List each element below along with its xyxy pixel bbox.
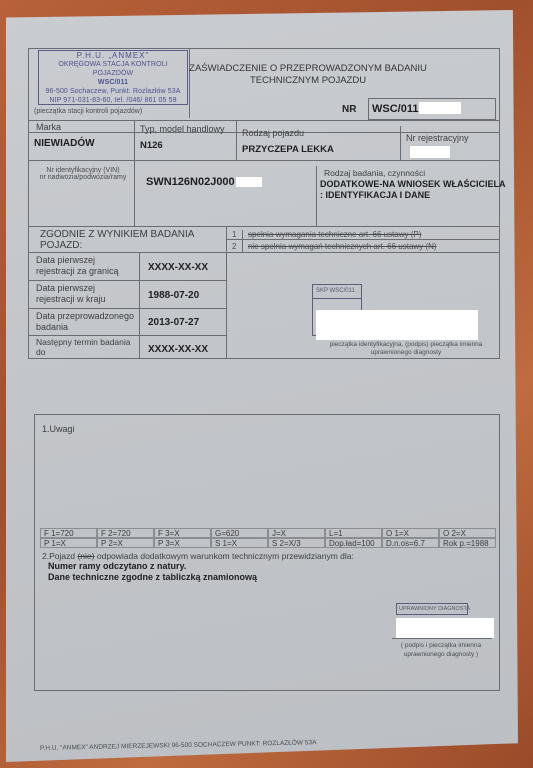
vin-label: Nr identyfikacyjny (VIN) nr nadwozia/pod…: [38, 167, 128, 181]
authorized-stamp-label: UPRAWNIONY DIAGNOSTA: [399, 606, 470, 612]
stamp-company: P.H.U. „ANMEX": [39, 51, 187, 60]
redacted-vin: [236, 177, 262, 187]
number-value: WSC/011: [372, 103, 418, 115]
redacted-registration: [410, 146, 450, 158]
date-label-line: Następny termin badania: [36, 337, 131, 347]
redacted-number: [419, 102, 461, 114]
date-label-line: Data pierwszej: [36, 255, 119, 266]
statement-struck: (nie): [77, 551, 94, 561]
measurement-cell: F 1=720: [40, 528, 97, 538]
measurement-cell: P 2=X: [97, 538, 154, 548]
measurement-cell: P 1=X: [40, 538, 97, 548]
remarks-note-1: Numer ramy odczytano z natury.: [48, 561, 186, 571]
inspection-type-line-2: : IDENTYFIKACJA I DANE: [320, 190, 505, 201]
vin-value: SWN126N02J000: [146, 176, 235, 188]
result-option-2-num: 2: [232, 242, 236, 251]
title-line-1: ZAŚWIADCZENIE O PRZEPROWADZONYM BADANIU: [178, 63, 438, 75]
date-inspection-value: 2013-07-27: [148, 317, 199, 328]
diagnostician-stamp-label: SKP WSC/011: [316, 288, 355, 294]
measurement-cell: S 1=X: [211, 538, 268, 548]
date-foreign-reg-value: XXXX-XX-XX: [148, 262, 208, 273]
date-foreign-reg-label: Data pierwszej rejestracji za granicą: [36, 255, 119, 277]
measurement-cell: P 3=X: [154, 538, 211, 548]
date-label-line: Data przeprowadzonego: [36, 311, 134, 322]
inspection-type-line-1: DODATKOWE-NA WNIOSEK WŁAŚCICIELA: [320, 179, 505, 190]
station-stamp: P.H.U. „ANMEX" OKRĘGOWA STACJA KONTROLI …: [38, 50, 188, 105]
stamp-station-name: OKRĘGOWA STACJA KONTROLI POJAZDÓW: [39, 60, 187, 78]
caption-line: uprawnionego diagnosty: [316, 349, 496, 357]
measurement-cell: J=X: [268, 528, 325, 538]
make-value: NIEWIADÓW: [34, 138, 95, 149]
result-option-1: spełnia wymagania techniczne art. 66 ust…: [248, 230, 421, 239]
date-domestic-reg-value: 1988-07-20: [148, 290, 199, 301]
remarks-heading: 1.Uwagi: [42, 424, 75, 434]
remarks-note-2: Dane techniczne zgodne z tabliczką znami…: [48, 572, 257, 582]
registration-label: Nr rejestracyjny: [406, 133, 469, 143]
certificate-paper: P.H.U. „ANMEX" OKRĘGOWA STACJA KONTROLI …: [6, 10, 518, 762]
redacted-authorized: [396, 618, 494, 638]
measurement-cell: O 2=X: [439, 528, 496, 538]
result-heading-line-2: POJAZD:: [40, 240, 194, 251]
authorized-stamp-caption: ( podpis i pieczątka imienna uprawnioneg…: [386, 641, 496, 659]
caption-line: ( podpis i pieczątka imienna: [386, 641, 496, 650]
date-inspection-label: Data przeprowadzonego badania: [36, 311, 134, 333]
date-label-line: rejestracji za granicą: [36, 266, 119, 277]
inspection-type-label: Rodzaj badania, czynności: [324, 168, 425, 178]
result-option-2: nie spełnia wymagań technicznych art. 66…: [248, 242, 437, 251]
measurements-grid: F 1=720F 2=720F 3=XG=620J=XL=1O 1=XO 2=X…: [40, 528, 496, 548]
statement-suffix: odpowiada dodatkowym warunkom techniczny…: [97, 551, 354, 561]
measurement-cell: Dop.ład=100: [325, 538, 382, 548]
diagnostician-stamp-caption: pieczątka identyfikacyjna, (podpis) piec…: [316, 341, 496, 357]
stamp-station-code: WSC/011: [39, 78, 187, 87]
vin-label-line-2: nr nadwozia/podwozia/ramy: [38, 174, 128, 181]
measurement-cell: F 2=720: [97, 528, 154, 538]
vehicle-type-value: PRZYCZEPA LEKKA: [242, 144, 334, 155]
result-heading: ZGODNIE Z WYNIKIEM BADANIA POJAZD:: [40, 229, 194, 251]
date-next-inspection-value: XXXX-XX-XX: [148, 344, 208, 355]
number-label: NR: [342, 104, 356, 115]
model-label: Typ, model handlowy: [140, 124, 225, 134]
station-stamp-caption: (pieczątka stacji kontroli pojazdów): [34, 108, 142, 115]
date-label-line: badania: [36, 322, 134, 333]
measurement-cell: G=620: [211, 528, 268, 538]
measurement-cell: S 2=X/3: [268, 538, 325, 548]
vehicle-type-label: Rodzaj pojazdu: [242, 128, 304, 138]
title-line-2: TECHNICZNYM POJAZDU: [178, 75, 438, 87]
remarks-statement: 2.Pojazd (nie) odpowiada dodatkowym waru…: [42, 551, 354, 561]
result-heading-line-1: ZGODNIE Z WYNIKIEM BADANIA: [40, 229, 194, 240]
redacted-diagnostician: [316, 310, 478, 340]
model-value: N126: [140, 140, 163, 151]
measurement-cell: O 1=X: [382, 528, 439, 538]
vin-label-line-1: Nr identyfikacyjny (VIN): [38, 167, 128, 174]
measurement-cell: Rok p.=1988: [439, 538, 496, 548]
caption-line: pieczątka identyfikacyjna, (podpis) piec…: [316, 341, 496, 349]
date-label-line: do: [36, 347, 131, 357]
caption-line: uprawnionego diagnosty ): [386, 650, 496, 659]
stamp-address: 96-500 Sochaczew, Punkt: Rozlazłów 53A: [39, 87, 187, 96]
footer-text: P.H.U. "ANMEX" ANDRZEJ MIERZEJEWSKI 96-5…: [40, 739, 317, 752]
measurement-cell: D.n.os=6.7: [382, 538, 439, 548]
make-label: Marka: [36, 122, 61, 132]
stamp-nip: NIP 971-031-83-60, tel. /046/ 861 05 59: [39, 96, 187, 105]
measurement-cell: F 3=X: [154, 528, 211, 538]
date-label-line: Data pierwszej: [36, 283, 106, 294]
date-label-line: rejestracji w kraju: [36, 294, 106, 305]
statement-prefix: 2.Pojazd: [42, 551, 75, 561]
date-domestic-reg-label: Data pierwszej rejestracji w kraju: [36, 283, 106, 305]
measurement-cell: L=1: [325, 528, 382, 538]
date-next-inspection-label: Następny termin badania do: [36, 337, 131, 357]
inspection-type-value: DODATKOWE-NA WNIOSEK WŁAŚCICIELA : IDENT…: [320, 179, 505, 201]
result-option-1-num: 1: [232, 230, 236, 239]
document-title: ZAŚWIADCZENIE O PRZEPROWADZONYM BADANIU …: [178, 63, 438, 87]
